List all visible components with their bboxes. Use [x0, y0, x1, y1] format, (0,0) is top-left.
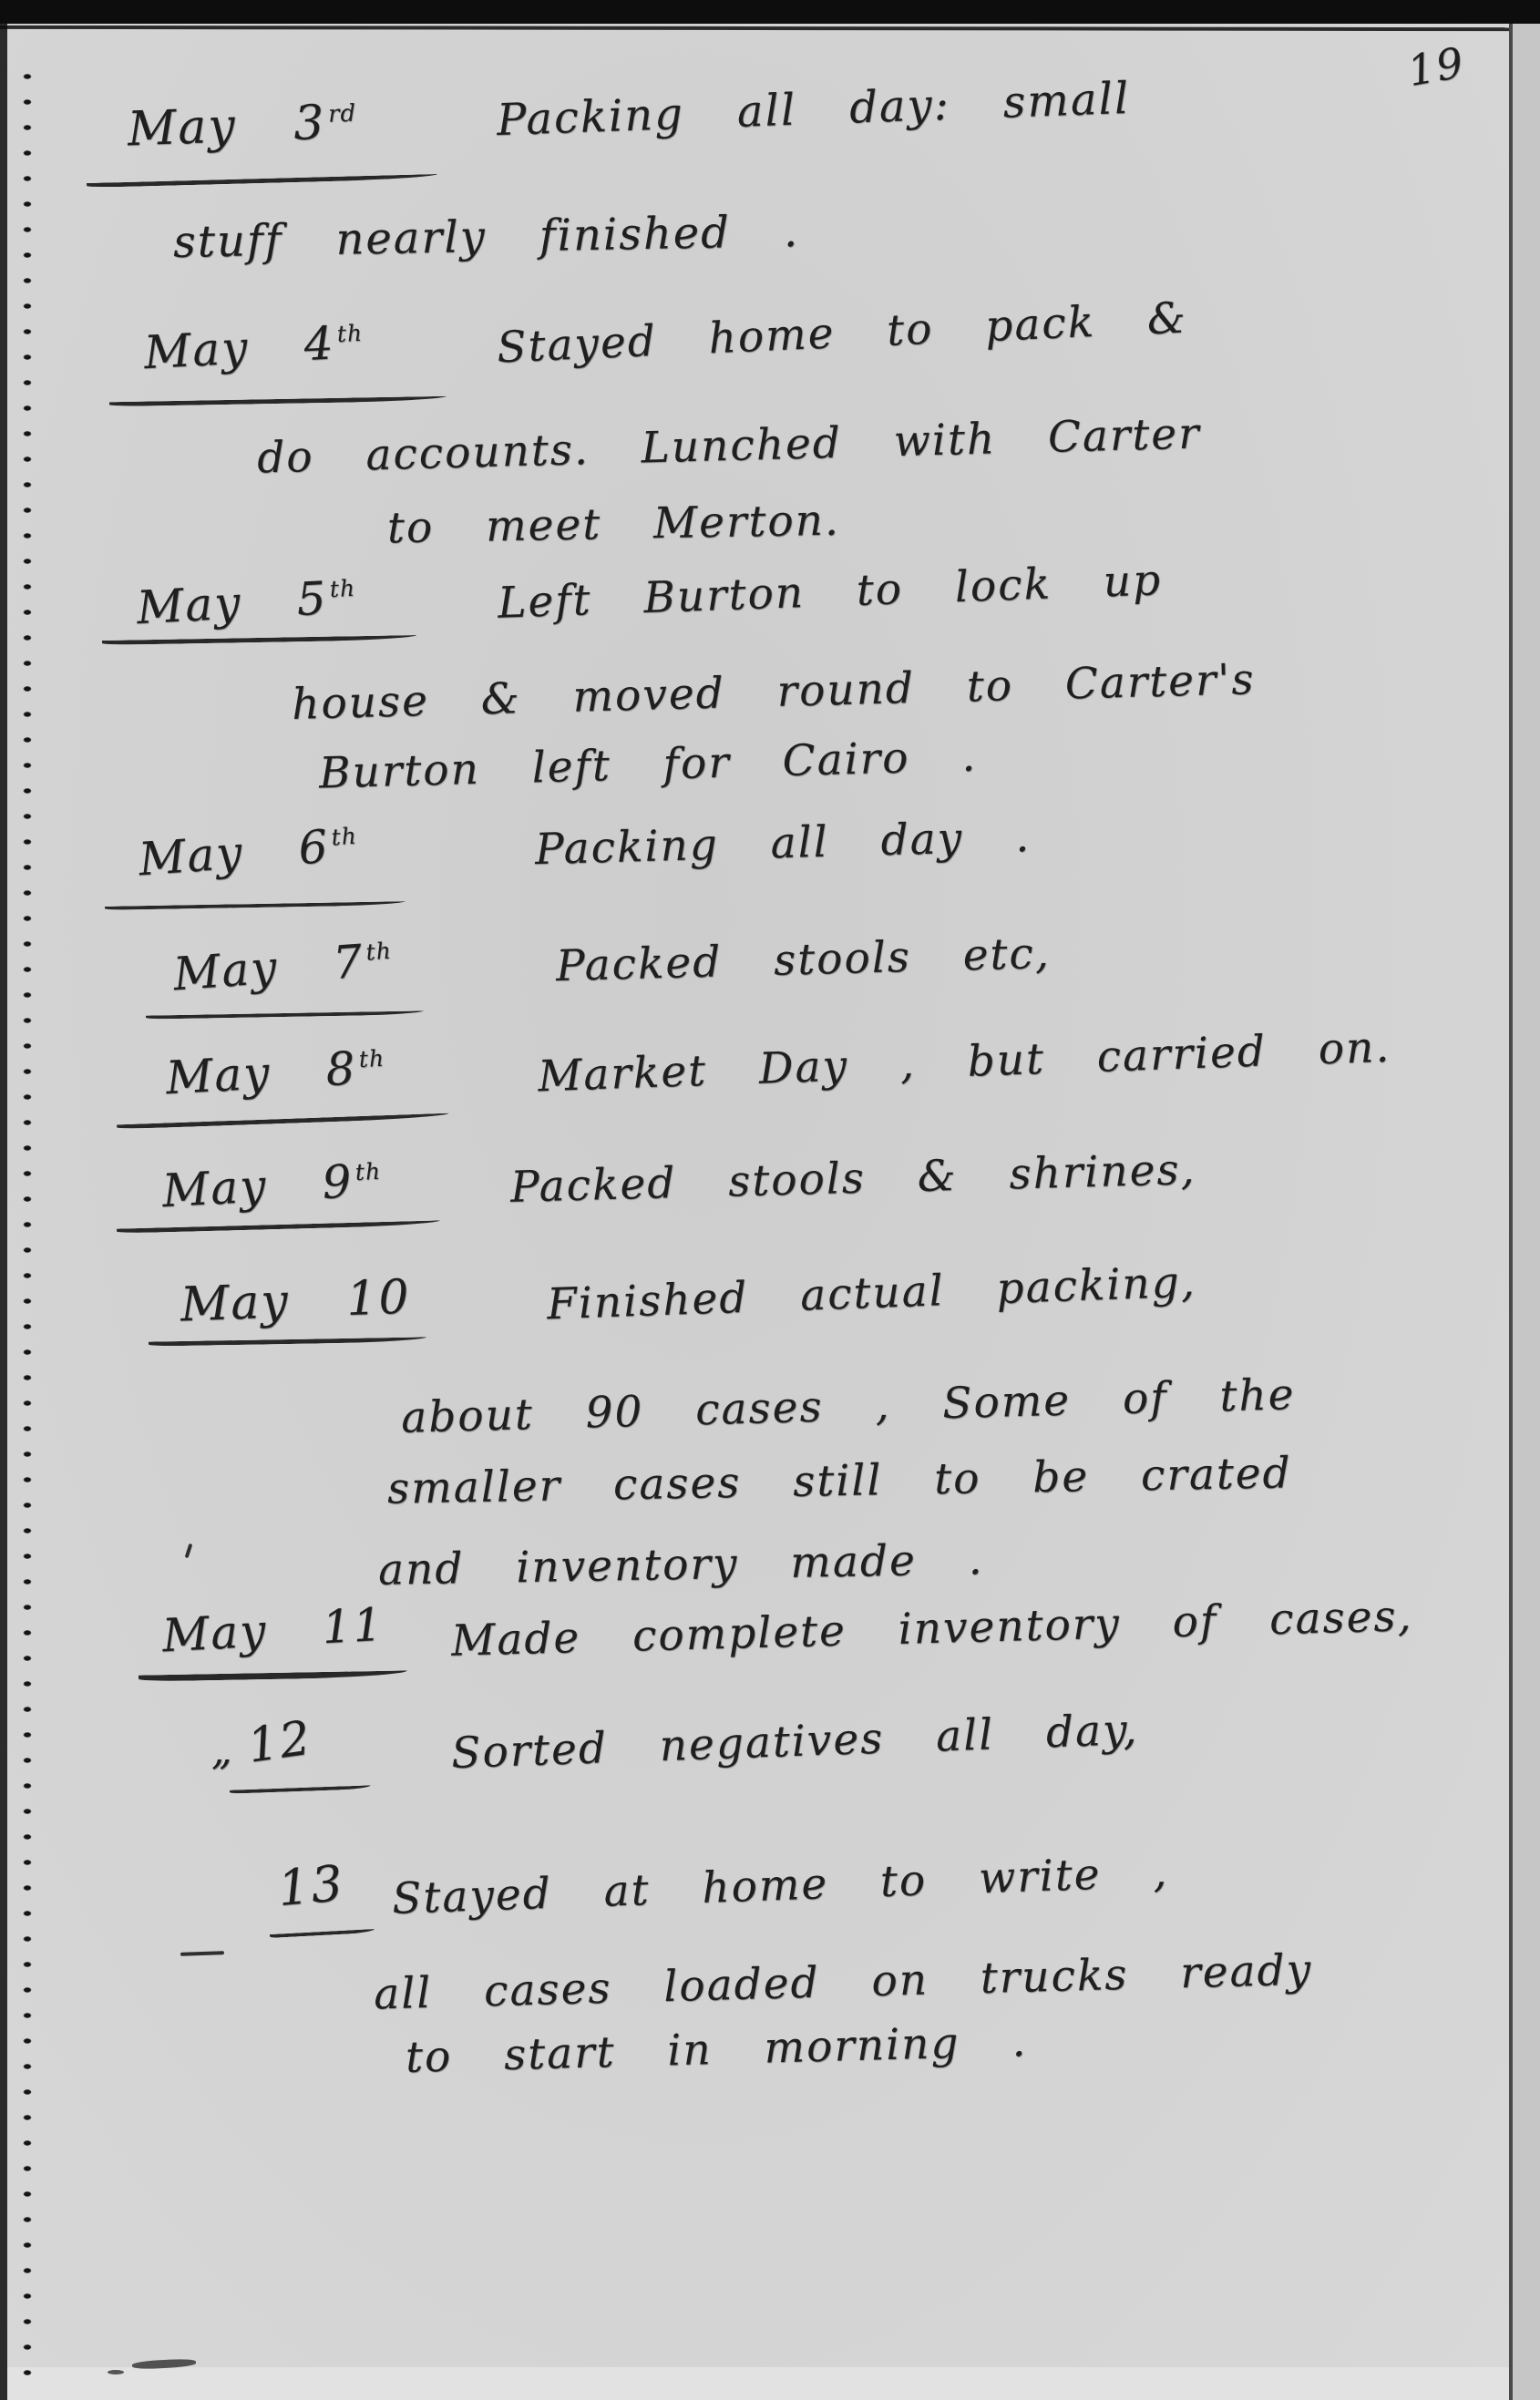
entry-line: Left Burton to lock up — [497, 555, 1163, 628]
entry-line: all cases loaded on trucks ready — [373, 1945, 1312, 2020]
entry-date-text: May 8 — [165, 1041, 358, 1104]
date-underline — [117, 1113, 449, 1130]
date-ordinal: th — [331, 823, 358, 851]
date-underline — [149, 1337, 426, 1346]
date-ordinal: th — [336, 320, 364, 347]
entry-date-text: 13 — [275, 1854, 346, 1917]
entry-line: do accounts. Lunched with Carter — [256, 408, 1201, 483]
date-ordinal: rd — [328, 99, 357, 128]
entry-line: about 90 cases , Some of the — [400, 1369, 1296, 1443]
entry-date-text: May 7 — [171, 935, 365, 1000]
entry-date: 13 — [275, 1854, 349, 1917]
entry-date: May 11 — [161, 1598, 388, 1663]
entry-line: Made complete inventory of cases, — [450, 1591, 1413, 1667]
entry-date: May 8th — [165, 1041, 386, 1105]
entry-date-text: May 5 — [136, 571, 329, 634]
entry-date-text: May 4 — [143, 316, 336, 379]
entry-line: Burton left for Cairo . — [318, 732, 977, 799]
page-number: 19 — [1404, 37, 1469, 96]
scan-left-edge — [0, 0, 7, 2400]
date-underline — [146, 1010, 424, 1019]
entry-line: Finished actual packing, — [546, 1257, 1196, 1330]
entry-line: Sorted negatives all day, — [450, 1705, 1139, 1779]
entry-date: May 10 — [180, 1270, 414, 1333]
entry-date: May 7th — [171, 933, 394, 1001]
date-ordinal — [344, 1861, 347, 1889]
date-underline — [109, 396, 447, 406]
date-ordinal — [413, 1275, 414, 1302]
entry-line: smaller cases still to be crated — [387, 1448, 1292, 1513]
entry-date: May 9th — [161, 1154, 383, 1218]
entry-date-text: 12 — [244, 1711, 315, 1774]
margin-dash — [180, 1951, 224, 1956]
date-underline — [270, 1929, 375, 1938]
entry-line: to start in morning . — [405, 2016, 1028, 2083]
date-underline — [105, 901, 406, 910]
entry-date: May 5th — [136, 570, 357, 635]
entry-line: Stayed home to pack & — [496, 292, 1188, 373]
date-ordinal: th — [329, 575, 356, 602]
entry-line: Packed stools & shrines, — [509, 1144, 1196, 1213]
date-ordinal — [385, 1603, 387, 1629]
date-underline — [230, 1785, 371, 1793]
date-ordinal: th — [358, 1045, 385, 1072]
scan-right-margin — [1513, 24, 1540, 2400]
date-underline — [87, 174, 437, 188]
entry-line: Packing all day . — [534, 812, 1031, 875]
date-ordinal: th — [354, 1158, 382, 1185]
date-ordinal: th — [365, 938, 393, 966]
date-underline — [117, 1220, 440, 1233]
scanner-top-bar — [0, 0, 1540, 24]
entry-line: Market Day , but carried on. — [537, 1022, 1391, 1103]
ink-smudge — [108, 2370, 124, 2374]
entry-line: house & moved round to Carter's — [291, 654, 1256, 730]
page-top-edge — [0, 26, 1514, 31]
entry-date: May 4th — [143, 315, 364, 380]
entry-line: to meet Merton. — [387, 496, 841, 554]
entry-date-text: May 10 — [180, 1270, 411, 1333]
stray-pen-mark — [185, 1544, 193, 1558]
binding-perforations — [15, 64, 40, 2378]
entry-date-text: May 6 — [137, 820, 331, 886]
entry-date-text: May 3 — [127, 96, 326, 158]
entry-date-text: May 9 — [161, 1154, 354, 1217]
scanned-diary-page: 19 May 3rd Packing all day: small stuff … — [0, 0, 1540, 2400]
entry-line: Packing all day: small — [496, 73, 1131, 146]
entry-line: Stayed at home to write , — [391, 1847, 1169, 1924]
ditto-mark: „ — [211, 1728, 234, 1774]
date-underline — [139, 1670, 407, 1681]
entry-line: stuff nearly finished . — [173, 206, 800, 268]
date-underline — [102, 635, 416, 645]
entry-line: Packed stools etc, — [555, 928, 1051, 991]
entry-date: May 6th — [137, 818, 359, 887]
entry-date-text: May 11 — [161, 1598, 385, 1663]
entry-date: 12 — [244, 1710, 318, 1774]
entry-line: and inventory made . — [378, 1534, 984, 1595]
entry-date: May 3rd — [127, 95, 357, 158]
page-bottom-strip — [7, 2367, 1509, 2400]
